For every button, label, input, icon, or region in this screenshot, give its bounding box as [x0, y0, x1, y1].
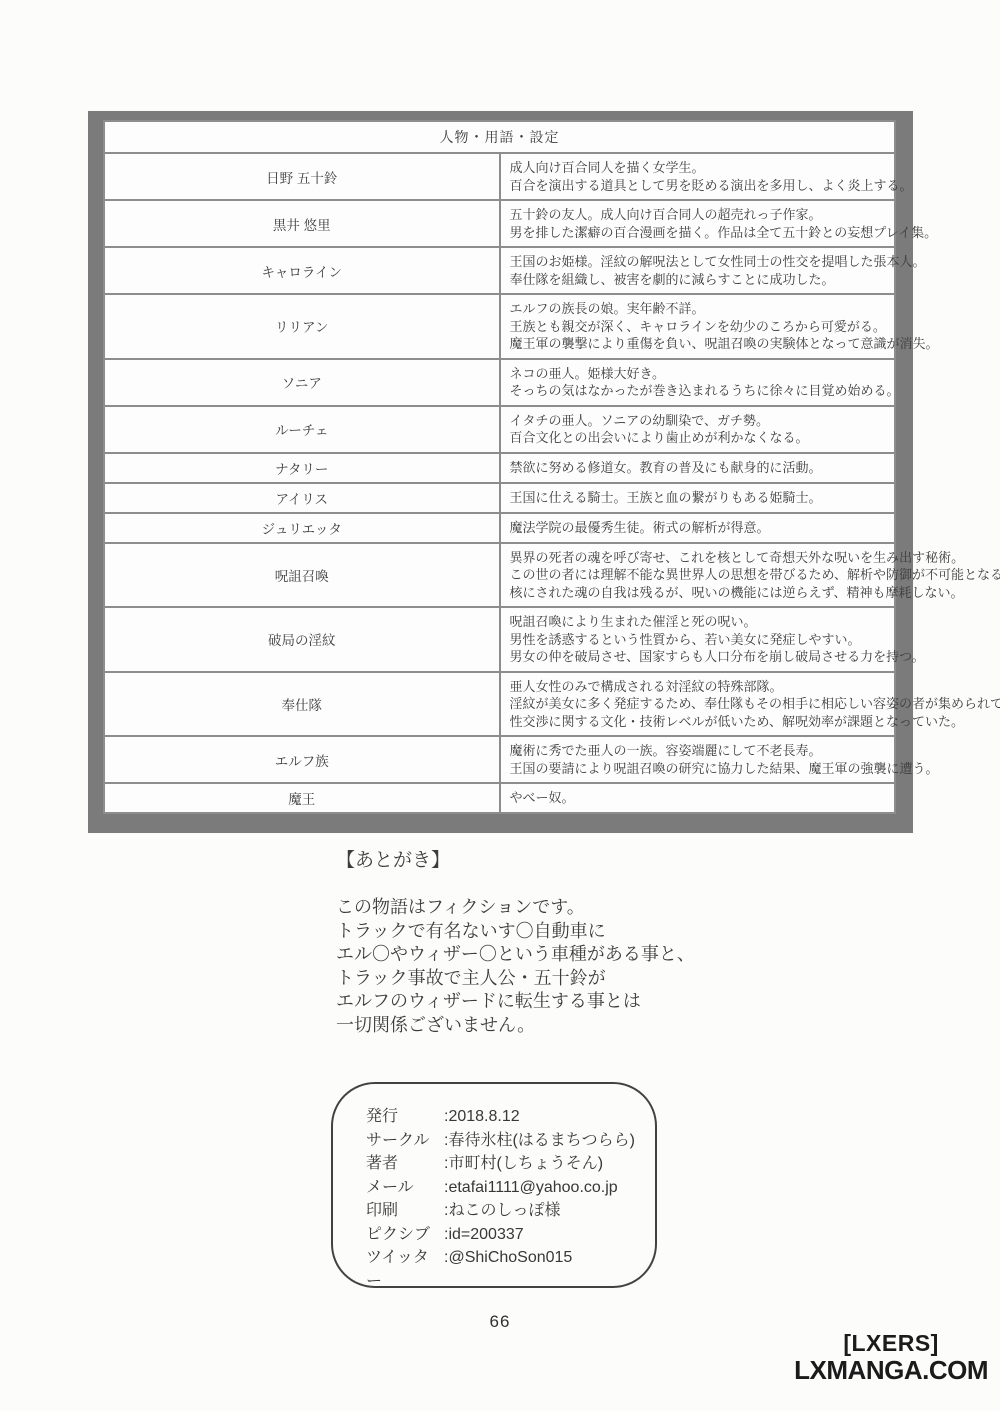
term-name: 呪詛召喚 [104, 543, 500, 608]
term-description: 異界の死者の魂を呼び寄せ、これを核として奇想天外な呪いを生み出す秘術。 この世の… [500, 543, 896, 608]
table-row: エルフ族 魔術に秀でた亜人の一族。容姿端麗にして不老長寿。 王国の要請により呪詛… [104, 736, 895, 783]
colophon-value: :市町村(しちょうそん) [444, 1152, 603, 1176]
colophon-row: ツイッター :@ShiChoSon015 [366, 1246, 655, 1293]
afterword-title: 【あとがき】 [336, 845, 695, 872]
term-description-line: 百合を演出する道具として男を貶める演出を多用し、よく炎上する。 [510, 177, 886, 195]
term-name: キャロライン [104, 247, 500, 294]
term-description-line: イタチの亜人。ソニアの幼馴染で、ガチ勢。 [510, 412, 886, 430]
afterword-line: 一切関係ございません。 [336, 1014, 695, 1038]
term-description-line: 男性を誘惑するという性質から、若い美女に発症しやすい。 [510, 631, 886, 649]
term-description: 亜人女性のみで構成される対淫紋の特殊部隊。 淫紋が美女に多く発症するため、奉仕隊… [500, 672, 896, 737]
term-description-line: 魔術に秀でた亜人の一族。容姿端麗にして不老長寿。 [510, 742, 886, 760]
table-row: 破局の淫紋 呪詛召喚により生まれた催淫と死の呪い。 男性を誘惑するという性質から… [104, 607, 895, 672]
colophon-label: メール [366, 1176, 444, 1200]
term-description: ネコの亜人。姫様大好き。 そっちの気はなかったが巻き込まれるうちに徐々に目覚め始… [500, 359, 896, 406]
term-name: ナタリー [104, 453, 500, 483]
watermark-line1: [LXERS] [794, 1330, 988, 1356]
term-description: 王国に仕える騎士。王族と血の繋がりもある姫騎士。 [500, 483, 896, 513]
term-name: ルーチェ [104, 406, 500, 453]
term-description-line: 淫紋が美女に多く発症するため、奉仕隊もその相手に相応しい容姿の者が集められている… [510, 695, 886, 713]
term-description-line: 男女の仲を破局させ、国家すらも人口分布を崩し破局させる力を持つ。 [510, 648, 886, 666]
table-row: 黒井 悠里 五十鈴の友人。成人向け百合同人の超売れっ子作家。 男を排した潔癖の百… [104, 200, 895, 247]
scanned-page: 人物・用語・設定 日野 五十鈴 成人向け百合同人を描く女学生。 百合を演出する道… [0, 0, 1000, 1411]
term-description: 禁欲に努める修道女。教育の普及にも献身的に活動。 [500, 453, 896, 483]
colophon-value: :@ShiChoSon015 [444, 1246, 572, 1293]
colophon-row: メール :etafai1111@yahoo.co.jp [366, 1176, 655, 1200]
table-row: ソニア ネコの亜人。姫様大好き。 そっちの気はなかったが巻き込まれるうちに徐々に… [104, 359, 895, 406]
term-description: 呪詛召喚により生まれた催淫と死の呪い。 男性を誘惑するという性質から、若い美女に… [500, 607, 896, 672]
term-description-line: 呪詛召喚により生まれた催淫と死の呪い。 [510, 613, 886, 631]
glossary-table: 人物・用語・設定 日野 五十鈴 成人向け百合同人を描く女学生。 百合を演出する道… [103, 120, 896, 814]
afterword-line: トラック事故で主人公・五十鈴が [336, 967, 695, 991]
table-row: 呪詛召喚 異界の死者の魂を呼び寄せ、これを核として奇想天外な呪いを生み出す秘術。… [104, 543, 895, 608]
term-description-line: そっちの気はなかったが巻き込まれるうちに徐々に目覚め始める。 [510, 382, 886, 400]
term-description-line: 異界の死者の魂を呼び寄せ、これを核として奇想天外な呪いを生み出す秘術。 [510, 549, 886, 567]
term-description: 成人向け百合同人を描く女学生。 百合を演出する道具として男を貶める演出を多用し、… [500, 153, 896, 200]
term-description: 王国のお姫様。淫紋の解呪法として女性同士の性交を提唱した張本人。 奉仕隊を組織し… [500, 247, 896, 294]
term-description: 五十鈴の友人。成人向け百合同人の超売れっ子作家。 男を排した潔癖の百合漫画を描く… [500, 200, 896, 247]
afterword-line: この物語はフィクションです。 [336, 896, 695, 920]
table-row: 奉仕隊 亜人女性のみで構成される対淫紋の特殊部隊。 淫紋が美女に多く発症するため… [104, 672, 895, 737]
colophon-value: :2018.8.12 [444, 1105, 520, 1129]
colophon-value: :id=200337 [444, 1223, 524, 1247]
term-description-line: 禁欲に努める修道女。教育の普及にも献身的に活動。 [510, 459, 886, 477]
term-description-line: 百合文化との出会いにより歯止めが利かなくなる。 [510, 429, 886, 447]
colophon-value: :春待氷柱(はるまちつらら) [444, 1129, 635, 1153]
term-name: アイリス [104, 483, 500, 513]
colophon-row: 発行 :2018.8.12 [366, 1105, 655, 1129]
term-description-line: 魔王軍の襲撃により重傷を負い、呪詛召喚の実験体となって意識が消失。 [510, 335, 886, 353]
colophon-label: 著者 [366, 1152, 444, 1176]
term-description-line: 王族とも親交が深く、キャロラインを幼少のころから可愛がる。 [510, 318, 886, 336]
term-description-line: 王国の要請により呪詛召喚の研究に協力した結果、魔王軍の強襲に遭う。 [510, 760, 886, 778]
afterword-line: トラックで有名ないす〇自動車に [336, 920, 695, 944]
term-description: エルフの族長の娘。実年齢不詳。 王族とも親交が深く、キャロラインを幼少のころから… [500, 294, 896, 359]
colophon-label: 発行 [366, 1105, 444, 1129]
colophon-label: ツイッター [366, 1246, 444, 1293]
glossary-title: 人物・用語・設定 [104, 121, 895, 153]
colophon-label: サークル [366, 1129, 444, 1153]
term-name: ジュリエッタ [104, 513, 500, 543]
colophon-row: サークル :春待氷柱(はるまちつらら) [366, 1129, 655, 1153]
watermark: [LXERS] LXMANGA.COM [794, 1330, 988, 1385]
glossary-table-frame: 人物・用語・設定 日野 五十鈴 成人向け百合同人を描く女学生。 百合を演出する道… [88, 111, 913, 833]
colophon-row: ピクシブ :id=200337 [366, 1223, 655, 1247]
page-number: 66 [0, 1312, 1000, 1332]
term-name: ソニア [104, 359, 500, 406]
table-header-row: 人物・用語・設定 [104, 121, 895, 153]
term-name: 奉仕隊 [104, 672, 500, 737]
watermark-line2: LXMANGA.COM [794, 1356, 988, 1385]
term-description-line: 五十鈴の友人。成人向け百合同人の超売れっ子作家。 [510, 206, 886, 224]
table-row: ジュリエッタ 魔法学院の最優秀生徒。術式の解析が得意。 [104, 513, 895, 543]
term-name: 日野 五十鈴 [104, 153, 500, 200]
term-name: 黒井 悠里 [104, 200, 500, 247]
afterword-line: エルフのウィザードに転生する事とは [336, 990, 695, 1014]
term-description-line: 男を排した潔癖の百合漫画を描く。作品は全て五十鈴との妄想プレイ集。 [510, 224, 886, 242]
term-description-line: 亜人女性のみで構成される対淫紋の特殊部隊。 [510, 678, 886, 696]
table-row: キャロライン 王国のお姫様。淫紋の解呪法として女性同士の性交を提唱した張本人。 … [104, 247, 895, 294]
term-description-line: ネコの亜人。姫様大好き。 [510, 365, 886, 383]
term-description: やべー奴。 [500, 783, 896, 813]
colophon-label: ピクシブ [366, 1223, 444, 1247]
afterword-body: この物語はフィクションです。 トラックで有名ないす〇自動車に エル〇やウィザー〇… [336, 896, 695, 1037]
term-description-line: この世の者には理解不能な異世界人の思想を帯びるため、解析や防御が不可能となる。 [510, 566, 886, 584]
colophon-row: 著者 :市町村(しちょうそん) [366, 1152, 655, 1176]
term-description-line: エルフの族長の娘。実年齢不詳。 [510, 300, 886, 318]
colophon-value: :ねこのしっぽ様 [444, 1199, 560, 1223]
table-row: ナタリー 禁欲に努める修道女。教育の普及にも献身的に活動。 [104, 453, 895, 483]
term-description-line: 核にされた魂の自我は残るが、呪いの機能には逆らえず、精神も摩耗しない。 [510, 584, 886, 602]
table-row: リリアン エルフの族長の娘。実年齢不詳。 王族とも親交が深く、キャロラインを幼少… [104, 294, 895, 359]
term-name: 破局の淫紋 [104, 607, 500, 672]
colophon-box: 発行 :2018.8.12 サークル :春待氷柱(はるまちつらら) 著者 :市町… [331, 1082, 657, 1288]
term-description: イタチの亜人。ソニアの幼馴染で、ガチ勢。 百合文化との出会いにより歯止めが利かな… [500, 406, 896, 453]
term-name: リリアン [104, 294, 500, 359]
term-description: 魔術に秀でた亜人の一族。容姿端麗にして不老長寿。 王国の要請により呪詛召喚の研究… [500, 736, 896, 783]
term-description-line: 性交渉に関する文化・技術レベルが低いため、解呪効率が課題となっていた。 [510, 713, 886, 731]
colophon-row: 印刷 :ねこのしっぽ様 [366, 1199, 655, 1223]
table-row: 日野 五十鈴 成人向け百合同人を描く女学生。 百合を演出する道具として男を貶める… [104, 153, 895, 200]
term-description-line: 魔法学院の最優秀生徒。術式の解析が得意。 [510, 519, 886, 537]
term-description-line: 王国に仕える騎士。王族と血の繋がりもある姫騎士。 [510, 489, 886, 507]
term-name: エルフ族 [104, 736, 500, 783]
term-description: 魔法学院の最優秀生徒。術式の解析が得意。 [500, 513, 896, 543]
term-description-line: 王国のお姫様。淫紋の解呪法として女性同士の性交を提唱した張本人。 [510, 253, 886, 271]
colophon-label: 印刷 [366, 1199, 444, 1223]
table-row: アイリス 王国に仕える騎士。王族と血の繋がりもある姫騎士。 [104, 483, 895, 513]
table-row: 魔王 やべー奴。 [104, 783, 895, 813]
term-description-line: 成人向け百合同人を描く女学生。 [510, 159, 886, 177]
colophon-value: :etafai1111@yahoo.co.jp [444, 1176, 618, 1200]
term-name: 魔王 [104, 783, 500, 813]
term-description-line: 奉仕隊を組織し、被害を劇的に減らすことに成功した。 [510, 271, 886, 289]
afterword-section: 【あとがき】 この物語はフィクションです。 トラックで有名ないす〇自動車に エル… [336, 845, 695, 1037]
term-description-line: やべー奴。 [510, 789, 886, 807]
table-row: ルーチェ イタチの亜人。ソニアの幼馴染で、ガチ勢。 百合文化との出会いにより歯止… [104, 406, 895, 453]
afterword-line: エル〇やウィザー〇という車種がある事と、 [336, 943, 695, 967]
